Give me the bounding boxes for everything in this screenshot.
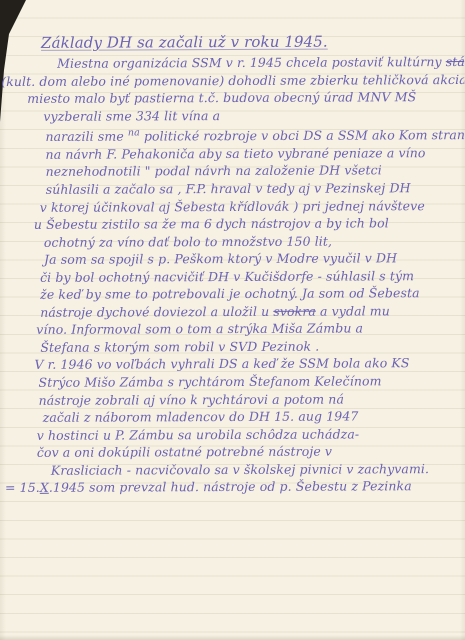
handwritten-text-segment: narazili sme bbox=[45, 129, 127, 144]
handwritten-line: narazili sme na politické rozbroje v obc… bbox=[0, 123, 464, 146]
handwritten-line: víno. Informoval som o tom a strýka Miša… bbox=[0, 319, 465, 339]
handwritten-text-segment: že keď by sme to potrebovali je ochotný.… bbox=[40, 285, 420, 302]
handwritten-line: čov a oni dokúpili ostatné potrebné nást… bbox=[1, 442, 465, 462]
handwritten-line: Krasliciach - nacvičovalo sa v školskej … bbox=[1, 460, 465, 480]
handwritten-line: Štefana s ktorým som robil v SVD Pezinok… bbox=[0, 337, 465, 357]
handwritten-text-segment: .1945 som prevzal hud. nástroje od p. Še… bbox=[49, 479, 412, 496]
handwritten-line: Miestna organizácia SSM v r. 1945 chcela… bbox=[0, 53, 464, 73]
scanned-handwritten-page: Základy DH sa začali už v roku 1945. Mie… bbox=[0, 0, 465, 640]
handwritten-line: vyzberali sme 334 lit vína a bbox=[0, 106, 464, 126]
handwriting-lines: Miestna organizácia SSM v r. 1945 chcela… bbox=[0, 53, 465, 497]
handwritten-line: nástroje dychové doviezol a uložil u svo… bbox=[0, 302, 465, 322]
handwritten-line: Strýco Mišo Zámba s rychtárom Štefanom K… bbox=[0, 372, 465, 392]
handwritten-text-segment: ochotný za víno dať bolo to množstvo 150… bbox=[44, 233, 332, 249]
handwritten-text-segment: = 15. bbox=[5, 480, 40, 495]
handwritten-line: u Šebestu zistilo sa že ma 6 dych nástro… bbox=[0, 214, 465, 234]
handwritten-text-segment: čov a oni dokúpili ostatné potrebné nást… bbox=[37, 444, 332, 460]
handwritten-line: (kult. dom alebo iné pomenovanie) dohodl… bbox=[0, 71, 464, 91]
handwritten-text-segment: Ja som sa spojil s p. Peškom ktorý v Mod… bbox=[44, 250, 397, 267]
handwritten-text-segment: politické rozbroje v obci DS a SSM ako K… bbox=[140, 127, 465, 143]
handwritten-line: nástroje zobrali aj víno k rychtárovi a … bbox=[1, 390, 465, 410]
handwritten-text-segment: miesto malo byť pastierna t.č. budova ob… bbox=[27, 89, 416, 106]
handwritten-text-segment: vyzberali sme 334 lit vína a bbox=[43, 108, 220, 124]
handwritten-text-segment: v ktorej účinkoval aj Šebesta křídlovák … bbox=[40, 198, 425, 215]
handwritten-line: na návrh F. Pehakoniča aby sa tieto vybr… bbox=[0, 144, 465, 164]
handwritten-text-segment: (kult. dom alebo iné pomenovanie) dohodl… bbox=[1, 72, 464, 89]
handwritten-line: = 15.X.1945 som prevzal hud. nástroje od… bbox=[1, 477, 465, 497]
handwritten-line: či by bol ochotný nacvičiť DH v Kučišdor… bbox=[0, 267, 465, 287]
handwritten-text-segment: X bbox=[40, 480, 49, 495]
handwritten-line: začali z náborom mladencov do DH 15. aug… bbox=[1, 407, 465, 427]
handwritten-text-segment: svokra bbox=[273, 303, 316, 318]
handwritten-line: v ktorej účinkoval aj Šebesta křídlovák … bbox=[0, 197, 465, 217]
handwritten-line: V r. 1946 vo voľbách vyhrali DS a keď že… bbox=[0, 354, 465, 374]
handwritten-text-segment: v hostinci u P. Zámbu sa urobila schôdza… bbox=[37, 426, 360, 442]
handwritten-text-segment: a vydal mu bbox=[316, 303, 390, 318]
handwritten-line: miesto malo byť pastierna t.č. budova ob… bbox=[0, 88, 464, 108]
handwritten-text-segment: nástroje zobrali aj víno k rychtárovi a … bbox=[39, 391, 344, 407]
handwritten-line: že keď by sme to potrebovali je ochotný.… bbox=[0, 284, 465, 304]
handwritten-text-segment: nástroje dychové doviezol a uložil u bbox=[40, 304, 273, 320]
handwritten-text-segment: stánok bbox=[446, 54, 464, 69]
page-title: Základy DH sa začali už v roku 1945. bbox=[0, 29, 464, 55]
handwritten-text-segment: Miestna organizácia SSM v r. 1945 chcela… bbox=[57, 54, 446, 71]
handwritten-text-segment: neznehodnotili " podal návrh na založeni… bbox=[46, 163, 382, 179]
handwritten-text-segment: V r. 1946 vo voľbách vyhrali DS a keď že… bbox=[34, 356, 409, 373]
handwritten-text-segment: či by bol ochotný nacvičiť DH v Kučišdor… bbox=[40, 268, 414, 285]
handwriting-block: Základy DH sa začali už v roku 1945. Mie… bbox=[0, 29, 465, 497]
handwritten-line: Ja som sa spojil s p. Peškom ktorý v Mod… bbox=[0, 249, 465, 269]
handwritten-line: v hostinci u P. Zámbu sa urobila schôdza… bbox=[1, 425, 465, 445]
handwritten-text-segment: Krasliciach - nacvičovalo sa v školskej … bbox=[51, 461, 429, 478]
handwritten-text-segment: na bbox=[128, 128, 140, 139]
handwritten-text-segment: víno. Informoval som o tom a strýka Miša… bbox=[36, 321, 363, 337]
handwritten-line: ochotný za víno dať bolo to množstvo 150… bbox=[0, 232, 465, 252]
handwritten-line: neznehodnotili " podal návrh na založeni… bbox=[0, 161, 465, 181]
handwritten-text-segment: na návrh F. Pehakoniča aby sa tieto vybr… bbox=[45, 145, 425, 162]
handwritten-text-segment: Štefana s ktorým som robil v SVD Pezinok… bbox=[40, 339, 319, 355]
handwritten-line: súhlasili a začalo sa , F.P. hraval v te… bbox=[0, 179, 465, 199]
handwritten-text-segment: začali z náborom mladencov do DH 15. aug… bbox=[43, 409, 359, 425]
handwritten-text-segment: súhlasili a začalo sa , F.P. hraval v te… bbox=[46, 180, 411, 197]
handwritten-text-segment: u Šebestu zistilo sa že ma 6 dych nástro… bbox=[34, 215, 389, 232]
handwritten-text-segment: Strýco Mišo Zámba s rychtárom Štefanom K… bbox=[38, 373, 381, 389]
